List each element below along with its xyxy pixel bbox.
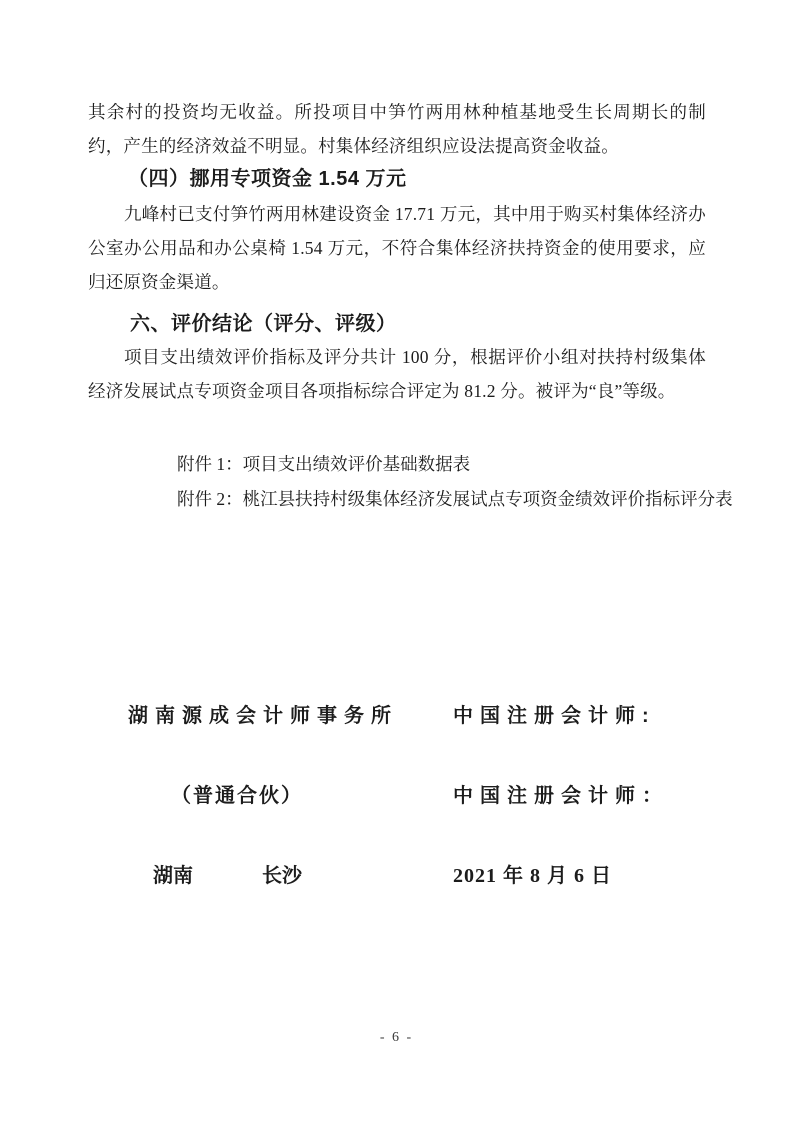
heading-section-four: （四）挪用专项资金 1.54 万元 (128, 166, 407, 192)
attachment-2-label: 附件 2： (177, 489, 243, 509)
document-page: 其余村的投资均无收益。所投项目中笋竹两用林种植基地受生长周期长的制约，产生的经济… (0, 0, 793, 1122)
paragraph-conclusion: 项目支出绩效评价指标及评分共计 100 分，根据评价小组对扶持村级集体经济发展试… (88, 340, 706, 408)
signature-row-place-date: 湖南 长沙 2021 年 8 月 6 日 (0, 864, 793, 892)
report-date: 2021 年 8 月 6 日 (453, 864, 612, 888)
cpa-label-1: 中国注册会计师: (453, 704, 656, 728)
paragraph-continuation: 其余村的投资均无收益。所投项目中笋竹两用林种植基地受生长周期长的制约，产生的经济… (88, 95, 706, 163)
firm-name: 湖南源成会计师事务所 (128, 704, 398, 728)
paragraph-misuse: 九峰村已支付笋竹两用林建设资金 17.71 万元，其中用于购买村集体经济办公室办… (88, 197, 706, 299)
attachment-2-text: 桃江县扶持村级集体经济发展试点专项资金绩效评价指标评分表 (243, 489, 733, 509)
firm-type: （普通合伙） (171, 784, 303, 808)
place-province: 湖南 (153, 864, 193, 888)
cpa-label-2: 中国注册会计师： (453, 784, 669, 808)
attachment-2: 附件 2：桃江县扶持村级集体经济发展试点专项资金绩效评价指标评分表 (177, 482, 771, 516)
signature-row-firm: 湖南源成会计师事务所 中国注册会计师: (0, 704, 793, 732)
heading-section-six: 六、评价结论（评分、评级） (130, 311, 397, 337)
attachment-1: 附件 1：项目支出绩效评价基础数据表 (177, 447, 771, 481)
attachment-1-text: 项目支出绩效评价基础数据表 (243, 454, 471, 474)
page-number: - 6 - (0, 1030, 793, 1046)
attachment-1-label: 附件 1： (177, 454, 243, 474)
signature-row-type: （普通合伙） 中国注册会计师： (0, 784, 793, 812)
place-city: 长沙 (262, 864, 302, 888)
